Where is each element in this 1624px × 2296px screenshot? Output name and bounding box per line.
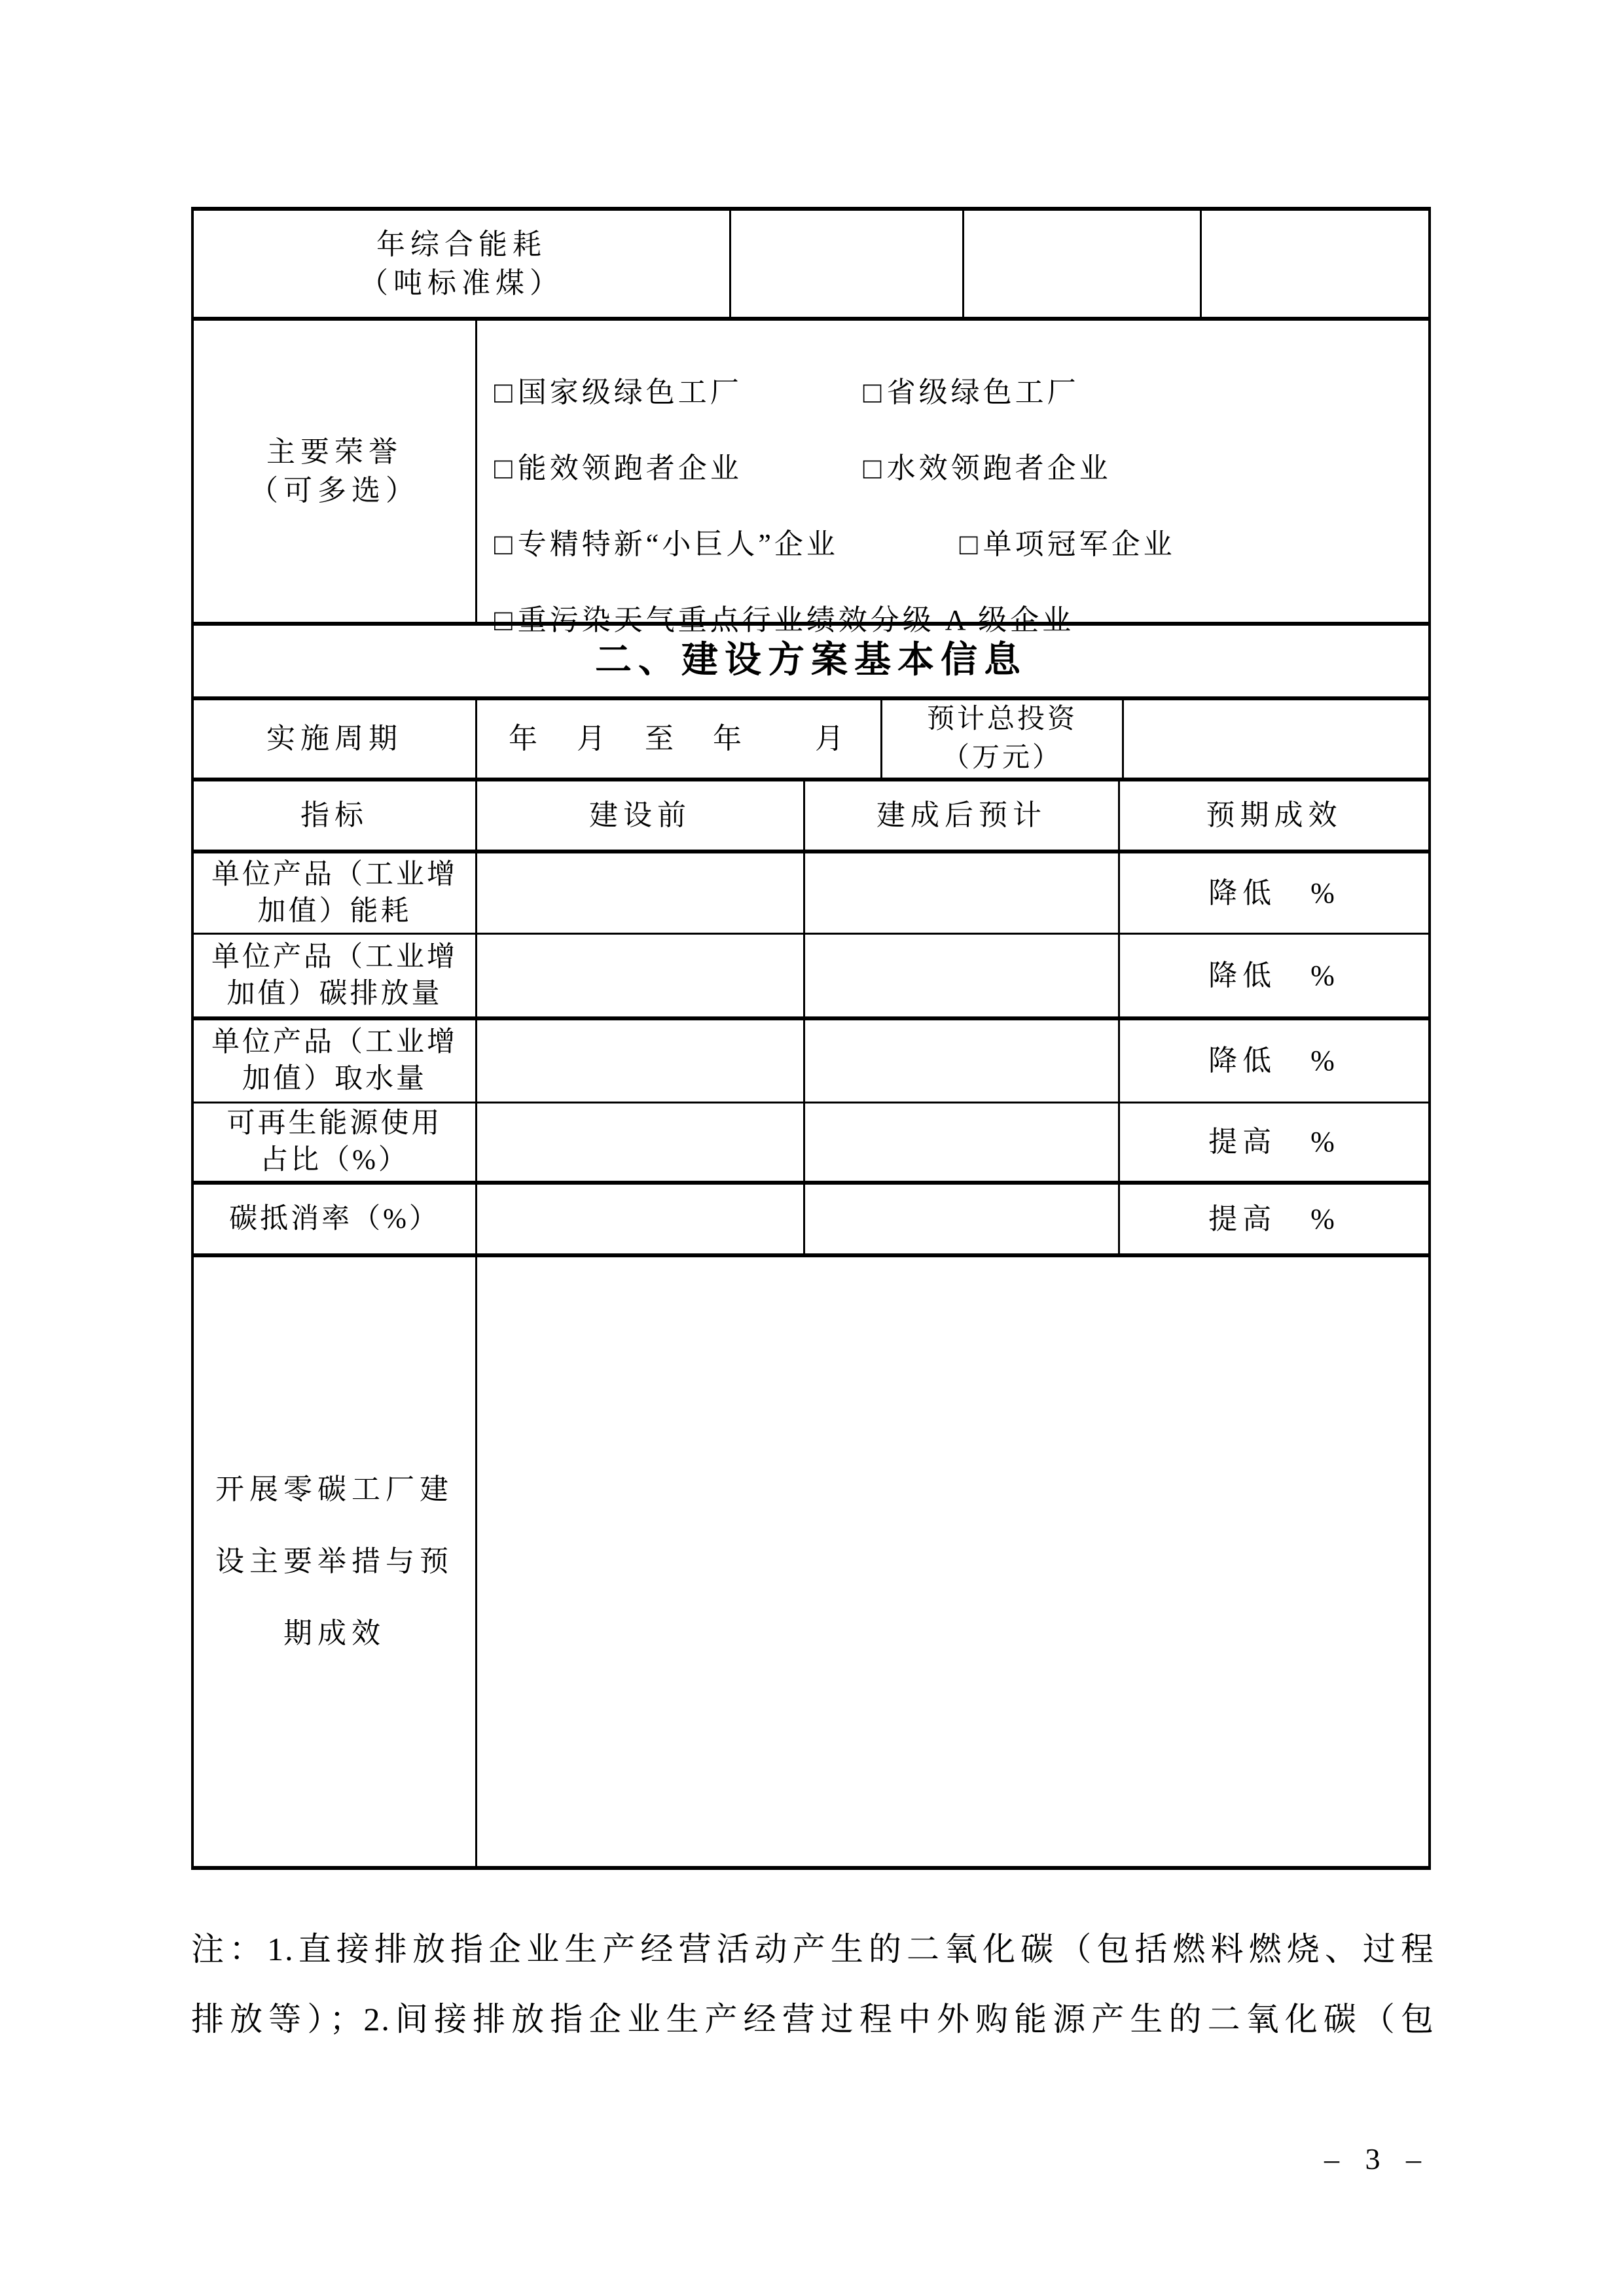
indicator-before-cell [475, 935, 803, 1016]
indicator-effect: 提高 % [1118, 1185, 1428, 1253]
page-number: – 3 – [1324, 2142, 1430, 2176]
checkbox-icon: □ [494, 524, 513, 565]
indicator-header-effect: 预期成效 [1118, 781, 1428, 850]
honors-label: 主要荣誉 （可多选） [194, 321, 475, 622]
footnote-line-1: 注：1.直接排放指企业生产经营活动产生的二氧化碳（包括燃料燃烧、过程 [191, 1914, 1435, 1984]
checkbox-icon: □ [494, 372, 513, 413]
measures-row: 开展零碳工厂建 设主要举措与预 期成效 [194, 1257, 1428, 1866]
indicator-header-before: 建设前 [475, 781, 803, 850]
indicator-after-cell [803, 1185, 1118, 1253]
honor-option-label: 能效领跑者企业 [518, 449, 742, 488]
honor-option-label: 省级绿色工厂 [887, 373, 1079, 412]
indicator-before-cell [475, 1103, 803, 1181]
checkbox-icon: □ [960, 524, 978, 565]
section-header-row: 二、建设方案基本信息 [194, 626, 1428, 700]
honors-options: □国家级绿色工厂 □省级绿色工厂 □能效领跑者企业 □水效领跑者企业 □专精特新… [475, 321, 1428, 622]
document-page: 年综合能耗 （吨标准煤） 主要荣誉 （可多选） □国家级绿色工厂 □省级绿色工厂… [0, 0, 1624, 2296]
indicator-name: 碳抵消率（%） [194, 1185, 475, 1253]
indicator-effect: 降低 % [1118, 935, 1428, 1016]
section-header-title: 二、建设方案基本信息 [194, 626, 1428, 696]
honor-option-water-efficiency-leader: □水效领跑者企业 [863, 448, 1111, 489]
honor-option-single-champion: □单项冠军企业 [960, 524, 1176, 565]
honor-option-label: 专精特新“小巨人”企业 [518, 525, 839, 564]
indicator-effect: 提高 % [1118, 1103, 1428, 1181]
honor-option-provincial-green-factory: □省级绿色工厂 [863, 372, 1079, 413]
period-value: 年 月 至 年 月 [475, 700, 880, 778]
honors-line-2: □能效领跑者企业 □水效领跑者企业 [494, 431, 1428, 507]
honors-line-3: □专精特新“小巨人”企业 □单项冠军企业 [494, 507, 1428, 583]
indicator-after-cell [803, 1020, 1118, 1102]
honor-option-label: 单项冠军企业 [983, 525, 1176, 564]
annual-energy-row: 年综合能耗 （吨标准煤） [194, 211, 1428, 321]
implementation-period-row: 实施周期 年 月 至 年 月 预计总投资 （万元） [194, 700, 1428, 781]
indicator-header-after: 建成后预计 [803, 781, 1118, 850]
honor-option-label: 水效领跑者企业 [887, 449, 1111, 488]
annual-energy-value-cell-2 [962, 211, 1200, 317]
checkbox-icon: □ [863, 448, 882, 489]
honors-row: 主要荣誉 （可多选） □国家级绿色工厂 □省级绿色工厂 □能效领跑者企业 □水效… [194, 321, 1428, 626]
honor-option-national-green-factory: □国家级绿色工厂 [494, 372, 742, 413]
footnotes: 注：1.直接排放指企业生产经营活动产生的二氧化碳（包括燃料燃烧、过程 排放等）；… [191, 1914, 1435, 2054]
indicator-row-renewable-energy: 可再生能源使用 占比（%） 提高 % [194, 1103, 1428, 1185]
indicator-after-cell [803, 1103, 1118, 1181]
honor-option-little-giant: □专精特新“小巨人”企业 [494, 524, 839, 565]
footnote-line-2: 排放等）；2.间接排放指企业生产经营过程中外购能源产生的二氧化碳（包 [191, 1984, 1435, 2054]
period-label: 实施周期 [194, 700, 475, 778]
indicator-header-row: 指标 建设前 建成后预计 预期成效 [194, 781, 1428, 853]
honor-option-label: 国家级绿色工厂 [518, 373, 742, 412]
checkbox-icon: □ [494, 448, 513, 489]
honors-line-1: □国家级绿色工厂 □省级绿色工厂 [494, 355, 1428, 431]
measures-content-cell [475, 1257, 1428, 1866]
indicator-row-water-intake: 单位产品（工业增 加值）取水量 降低 % [194, 1020, 1428, 1103]
indicator-name: 单位产品（工业增 加值）能耗 [194, 853, 475, 933]
indicator-row-energy: 单位产品（工业增 加值）能耗 降低 % [194, 853, 1428, 935]
indicator-row-carbon-offset: 碳抵消率（%） 提高 % [194, 1185, 1428, 1257]
indicator-after-cell [803, 935, 1118, 1016]
indicator-effect: 降低 % [1118, 1020, 1428, 1102]
indicator-name: 可再生能源使用 占比（%） [194, 1103, 475, 1181]
annual-energy-value-cell-1 [729, 211, 962, 317]
checkbox-icon: □ [863, 372, 882, 413]
indicator-before-cell [475, 853, 803, 933]
indicator-header-name: 指标 [194, 781, 475, 850]
indicator-before-cell [475, 1020, 803, 1102]
annual-energy-value-cell-3 [1200, 211, 1428, 317]
investment-value-cell [1122, 700, 1428, 778]
investment-label: 预计总投资 （万元） [880, 700, 1122, 778]
form-table: 年综合能耗 （吨标准煤） 主要荣誉 （可多选） □国家级绿色工厂 □省级绿色工厂… [191, 207, 1431, 1870]
indicator-name: 单位产品（工业增 加值）取水量 [194, 1020, 475, 1102]
indicator-before-cell [475, 1185, 803, 1253]
annual-energy-label: 年综合能耗 （吨标准煤） [194, 211, 729, 317]
indicator-name: 单位产品（工业增 加值）碳排放量 [194, 935, 475, 1016]
indicator-row-carbon-emission: 单位产品（工业增 加值）碳排放量 降低 % [194, 935, 1428, 1020]
indicator-after-cell [803, 853, 1118, 933]
indicator-effect: 降低 % [1118, 853, 1428, 933]
measures-label: 开展零碳工厂建 设主要举措与预 期成效 [194, 1257, 475, 1866]
honor-option-energy-efficiency-leader: □能效领跑者企业 [494, 448, 742, 489]
